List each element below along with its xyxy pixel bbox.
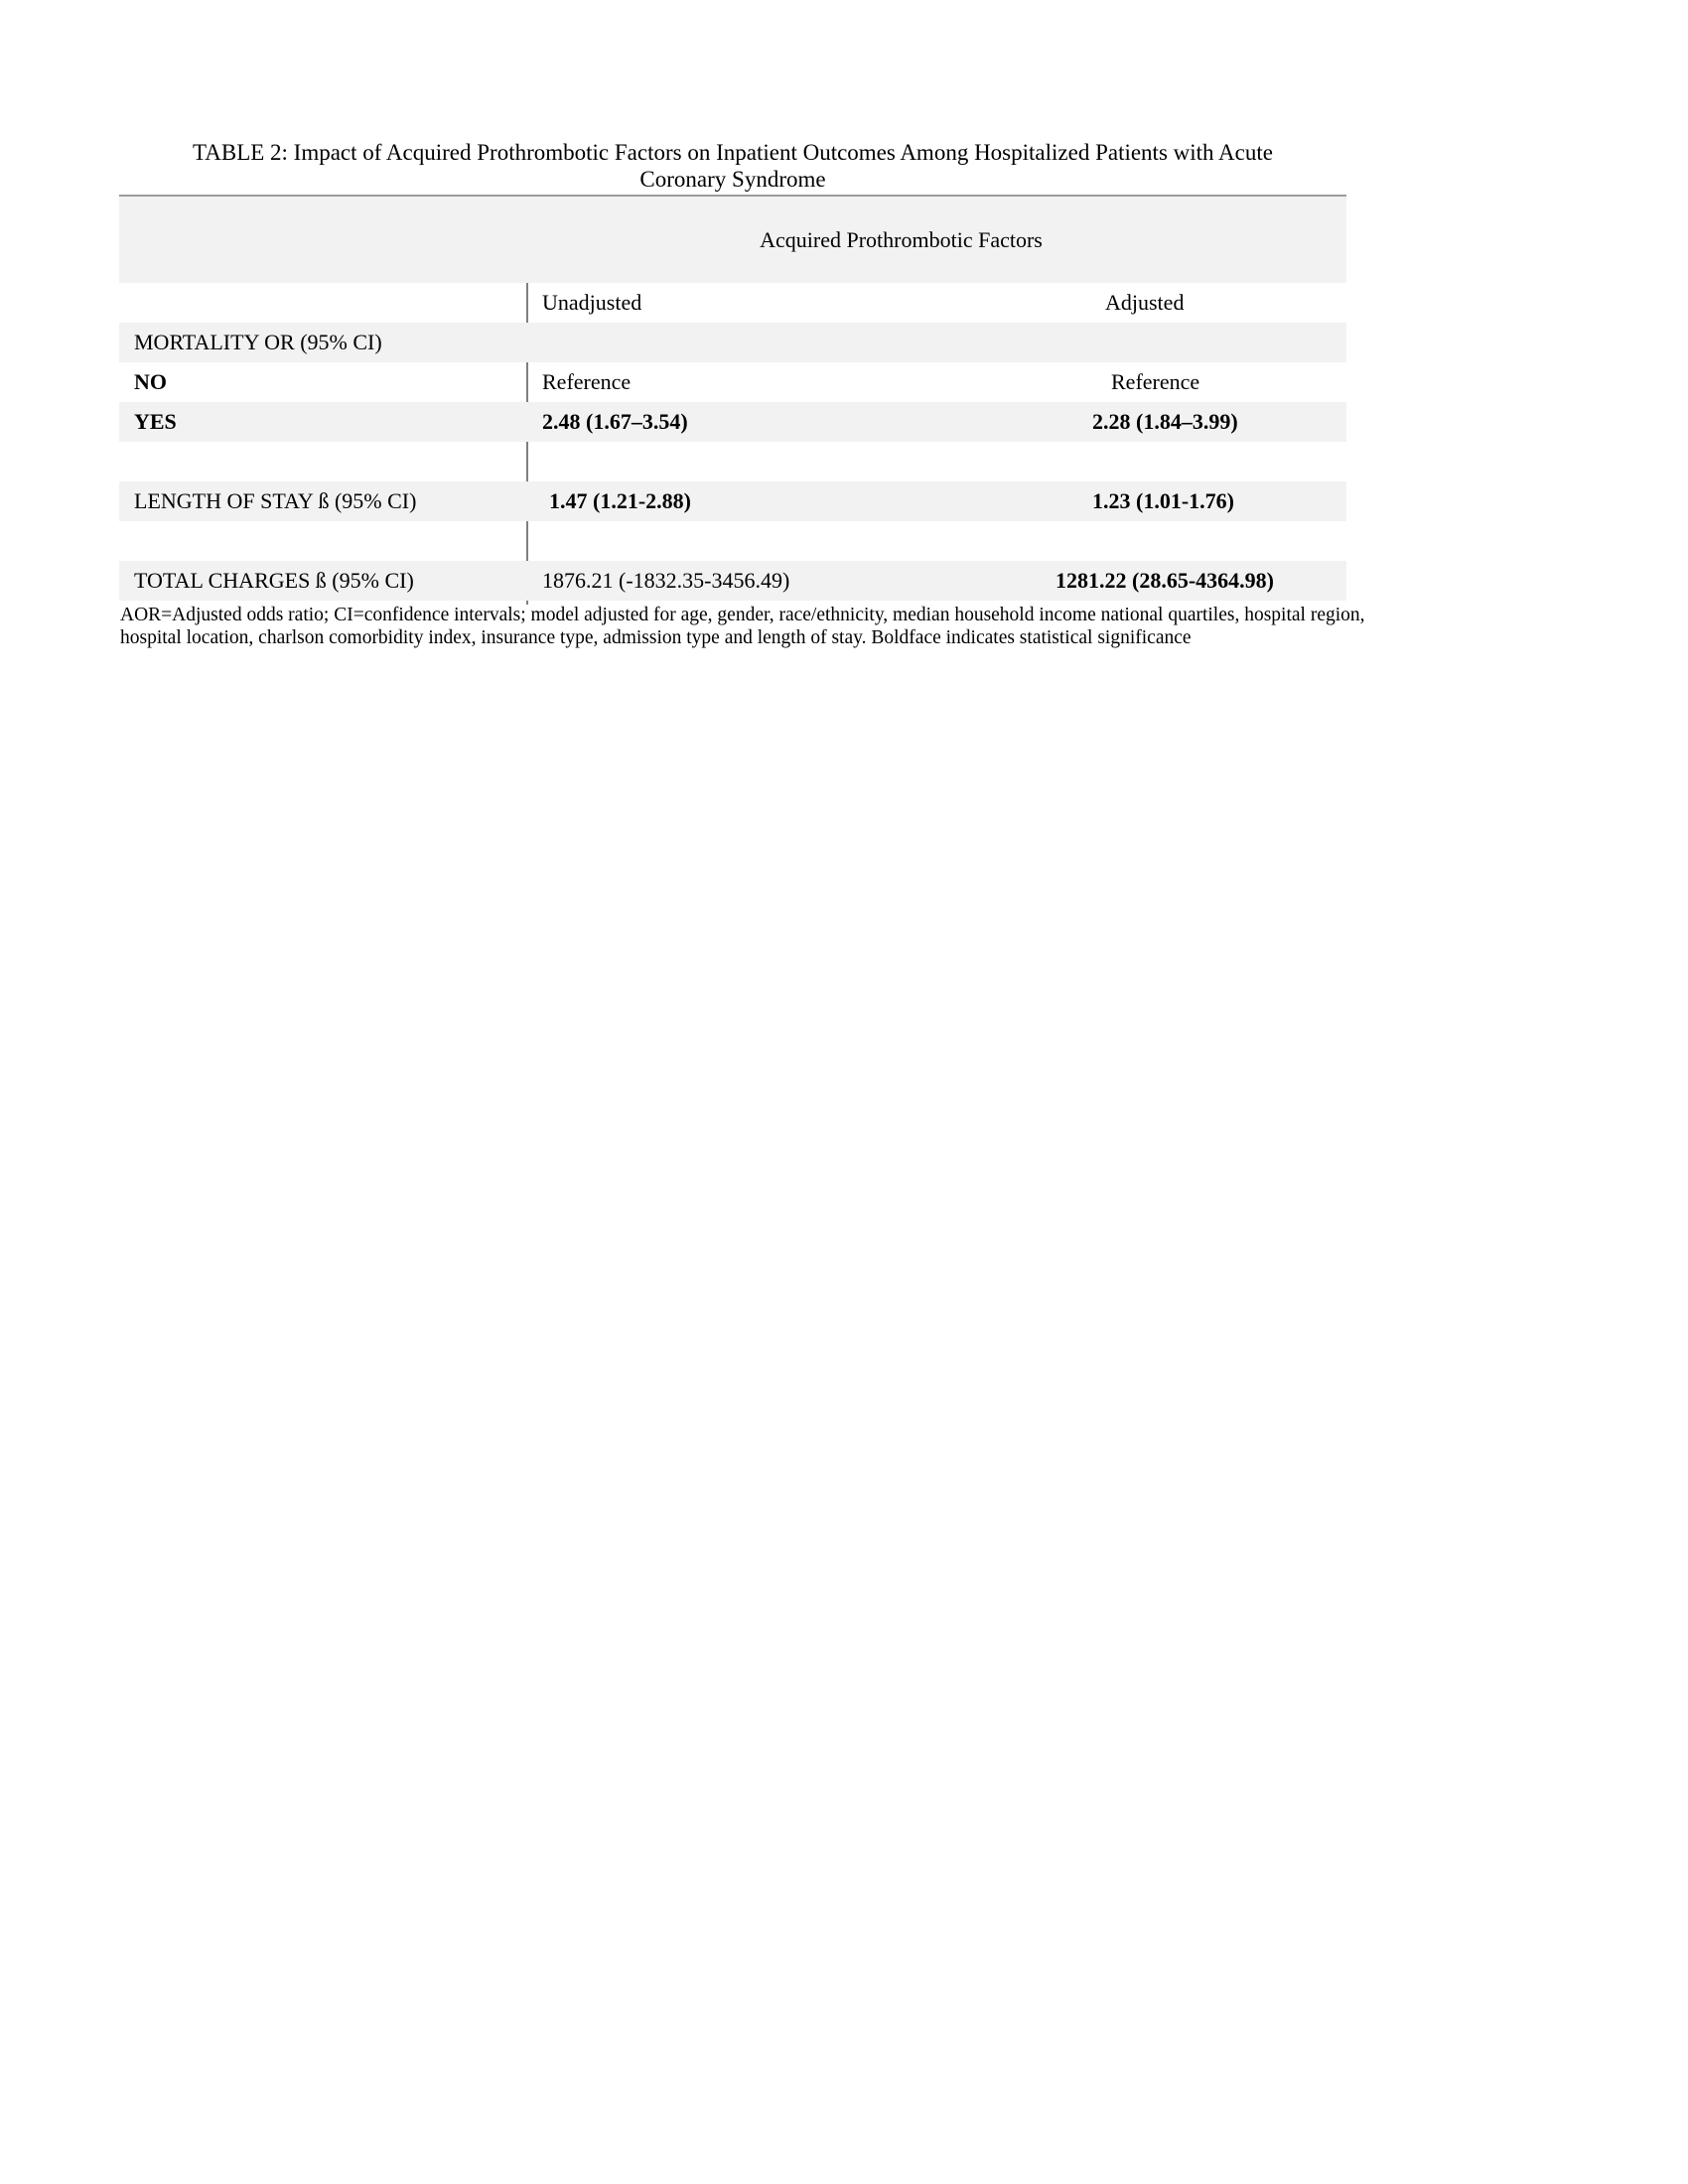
cell-unadjusted: Reference — [542, 362, 631, 402]
footnote-line-1: AOR=Adjusted odds ratio; CI=confidence i… — [120, 604, 1590, 626]
table-row-total-charges: TOTAL CHARGES ß (95% CI) 1876.21 (-1832.… — [119, 561, 1346, 601]
row-label: YES — [134, 402, 177, 442]
column-header-adjusted: Adjusted — [1105, 283, 1184, 323]
table-row-yes: YES 2.48 (1.67–3.54) 2.28 (1.84–3.99) — [119, 402, 1346, 442]
cell-adjusted: 1.23 (1.01-1.76) — [1092, 481, 1234, 521]
table-title: TABLE 2: Impact of Acquired Prothromboti… — [119, 139, 1346, 193]
footnote-line-2: hospital location, charlson comorbidity … — [120, 626, 1590, 649]
group-header-acquired-prothrombotic-factors: Acquired Prothrombotic Factors — [527, 197, 1346, 283]
table-row-no: NO Reference Reference — [119, 362, 1346, 402]
cell-unadjusted: 1876.21 (-1832.35-3456.49) — [542, 561, 789, 601]
column-header-unadjusted: Unadjusted — [542, 283, 641, 323]
cell-adjusted: Reference — [1111, 362, 1199, 402]
cell-adjusted: 1281.22 (28.65-4364.98) — [1055, 561, 1274, 601]
cell-unadjusted: 1.47 (1.21-2.88) — [549, 481, 691, 521]
row-label: MORTALITY OR (95% CI) — [134, 323, 382, 362]
outcomes-table: Acquired Prothrombotic Factors Unadjuste… — [119, 195, 1346, 601]
table-group-header-row: Acquired Prothrombotic Factors — [119, 197, 1346, 283]
row-label: NO — [134, 362, 167, 402]
table-column-header-row: Unadjusted Adjusted — [119, 283, 1346, 323]
cell-adjusted: 2.28 (1.84–3.99) — [1092, 402, 1238, 442]
cell-unadjusted: 2.48 (1.67–3.54) — [542, 402, 688, 442]
table-spacer-row — [119, 442, 1346, 481]
table-title-line-1: TABLE 2: Impact of Acquired Prothromboti… — [119, 139, 1346, 166]
table-title-line-2: Coronary Syndrome — [119, 166, 1346, 193]
table-spacer-row — [119, 521, 1346, 561]
row-label: LENGTH OF STAY ß (95% CI) — [134, 481, 416, 521]
table-footnote: AOR=Adjusted odds ratio; CI=confidence i… — [120, 604, 1590, 649]
table-row-mortality: MORTALITY OR (95% CI) — [119, 323, 1346, 362]
row-label: TOTAL CHARGES ß (95% CI) — [134, 561, 414, 601]
table-row-length-of-stay: LENGTH OF STAY ß (95% CI) 1.47 (1.21-2.8… — [119, 481, 1346, 521]
